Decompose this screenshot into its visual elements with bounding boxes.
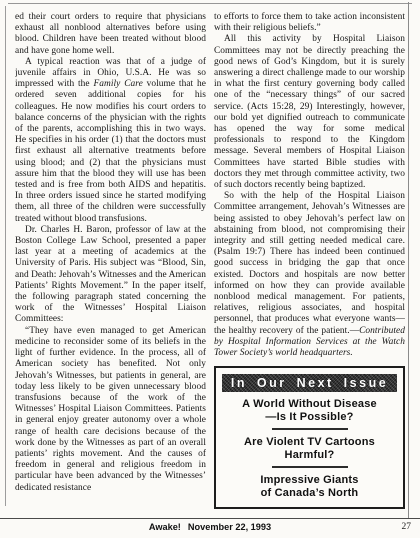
next-issue-box: In Our Next Issue A World Without Diseas… [214, 366, 405, 509]
right-text-column: to efforts to force them to take action … [214, 12, 405, 359]
text-segment: “They have even managed to get American … [15, 326, 206, 493]
scan-edge-top-line [8, 3, 412, 4]
next-issue-banner: In Our Next Issue [222, 374, 397, 392]
next-issue-separator-line [272, 428, 348, 430]
scan-edge-right-line [408, 2, 409, 519]
paragraph: All this activity by Hospital Liaison Co… [214, 34, 405, 191]
paragraph: So with the help of the Hospital Liaison… [214, 191, 405, 359]
text-segment: All this activity by Hospital Liaison Co… [214, 34, 405, 190]
next-issue-separator-line [272, 466, 348, 468]
paragraph: to efforts to force them to take action … [214, 12, 405, 34]
next-issue-item: Are Violent TV CartoonsHarmful? [222, 436, 397, 461]
page-number: 27 [402, 522, 412, 532]
next-issue-item: Impressive Giantsof Canada’s North [222, 474, 397, 499]
footer: Awake!November 22, 1993 [0, 522, 420, 532]
italic-text-segment: Family Care [94, 79, 143, 89]
left-text-column: ed their court orders to require that ph… [15, 12, 206, 514]
text-segment: volume that he ordered seven additional … [15, 79, 206, 223]
next-issue-items: A World Without Disease—Is It Possible?A… [222, 398, 397, 499]
magazine-page-body: ed their court orders to require that ph… [15, 12, 405, 514]
text-segment: to efforts to force them to take action … [214, 12, 405, 33]
footer-date: November 22, 1993 [188, 522, 271, 532]
paragraph: ed their court orders to require that ph… [15, 12, 206, 57]
paragraph: “They have even managed to get American … [15, 326, 206, 494]
scan-edge-left-line [5, 6, 6, 506]
paragraph: A typical reaction was that of a judge o… [15, 57, 206, 225]
text-segment: So with the help of the Hospital Liaison… [214, 191, 405, 335]
next-issue-item: A World Without Disease—Is It Possible? [222, 398, 397, 423]
right-column: to efforts to force them to take action … [214, 12, 405, 514]
footer-rule [0, 518, 420, 519]
text-segment: Dr. Charles H. Baron, professor of law a… [15, 225, 206, 325]
footer-magazine-title: Awake! [149, 522, 181, 532]
text-segment: ed their court orders to require that ph… [15, 12, 206, 56]
paragraph: Dr. Charles H. Baron, professor of law a… [15, 225, 206, 326]
